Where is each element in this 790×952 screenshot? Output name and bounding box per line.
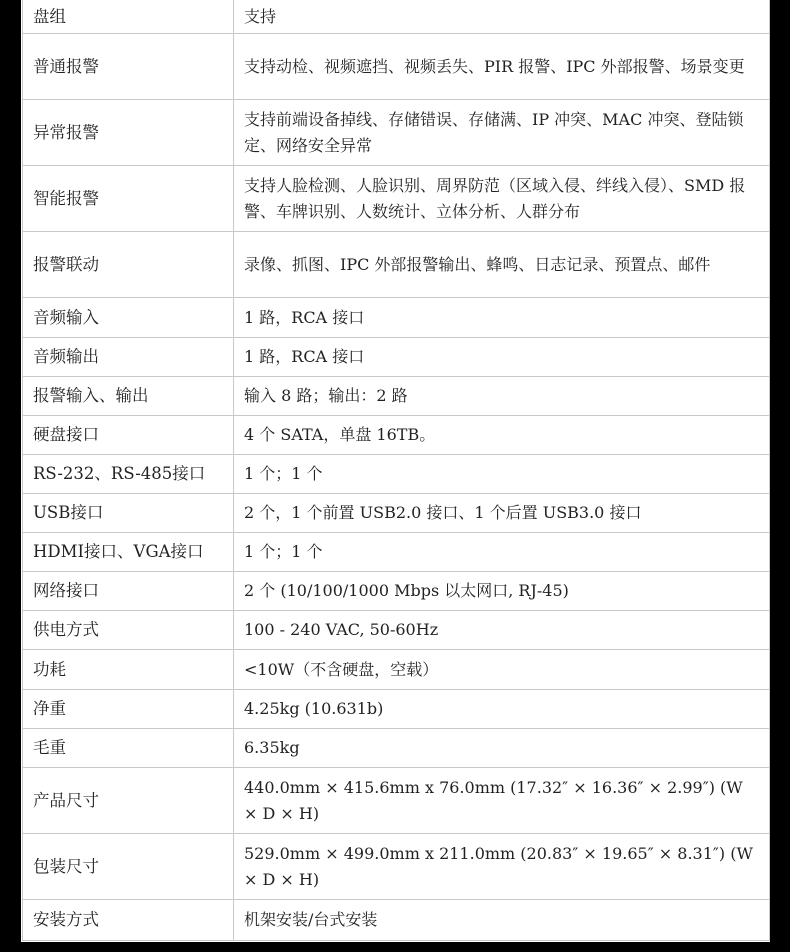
spec-key: USB接口 (23, 494, 234, 533)
spec-value: 1 路，RCA 接口 (234, 338, 770, 377)
spec-key: 产品尺寸 (23, 768, 234, 834)
spec-row: 盘组支持 (23, 0, 770, 34)
spec-key: 普通报警 (23, 34, 234, 100)
spec-key: 供电方式 (23, 611, 234, 650)
spec-key: 硬盘接口 (23, 416, 234, 455)
spec-row: RS-232、RS-485接口1 个；1 个 (23, 455, 770, 494)
spec-key: 安装方式 (23, 900, 234, 941)
spec-key: 音频输出 (23, 338, 234, 377)
spec-value: 机架安装/台式安装 (234, 900, 770, 941)
spec-row: 音频输入1 路，RCA 接口 (23, 298, 770, 338)
spec-row: USB接口2 个，1 个前置 USB2.0 接口、1 个后置 USB3.0 接口 (23, 494, 770, 533)
spec-key: 毛重 (23, 729, 234, 768)
spec-row: 产品尺寸440.0mm × 415.6mm x 76.0mm (17.32″ ×… (23, 768, 770, 834)
spec-key: 功耗 (23, 650, 234, 690)
spec-table: 盘组支持普通报警支持动检、视频遮挡、视频丢失、PIR 报警、IPC 外部报警、场… (22, 0, 770, 941)
spec-key: 智能报警 (23, 166, 234, 232)
spec-row: 供电方式100 - 240 VAC, 50-60Hz (23, 611, 770, 650)
spec-value: 4 个 SATA，单盘 16TB。 (234, 416, 770, 455)
spec-key: 报警输入、输出 (23, 377, 234, 416)
spec-value: 支持动检、视频遮挡、视频丢失、PIR 报警、IPC 外部报警、场景变更 (234, 34, 770, 100)
spec-value: 2 个 (10/100/1000 Mbps 以太网口, RJ-45) (234, 572, 770, 611)
spec-key: 网络接口 (23, 572, 234, 611)
spec-row: 网络接口2 个 (10/100/1000 Mbps 以太网口, RJ-45) (23, 572, 770, 611)
spec-table-body: 盘组支持普通报警支持动检、视频遮挡、视频丢失、PIR 报警、IPC 外部报警、场… (23, 0, 770, 941)
spec-row: 净重4.25kg (10.631b) (23, 690, 770, 729)
spec-value: 录像、抓图、IPC 外部报警输出、蜂鸣、日志记录、预置点、邮件 (234, 232, 770, 298)
spec-value: 1 个；1 个 (234, 533, 770, 572)
spec-row: 包装尺寸529.0mm × 499.0mm x 211.0mm (20.83″ … (23, 834, 770, 900)
spec-row: 功耗<10W（不含硬盘，空载） (23, 650, 770, 690)
spec-row: 硬盘接口4 个 SATA，单盘 16TB。 (23, 416, 770, 455)
spec-row: 普通报警支持动检、视频遮挡、视频丢失、PIR 报警、IPC 外部报警、场景变更 (23, 34, 770, 100)
spec-value: 529.0mm × 499.0mm x 211.0mm (20.83″ × 19… (234, 834, 770, 900)
spec-value: 1 路，RCA 接口 (234, 298, 770, 338)
spec-value: 440.0mm × 415.6mm x 76.0mm (17.32″ × 16.… (234, 768, 770, 834)
spec-value: 支持 (234, 0, 770, 34)
spec-value: 输入 8 路；输出：2 路 (234, 377, 770, 416)
spec-row: 智能报警支持人脸检测、人脸识别、周界防范（区域入侵、绊线入侵）、SMD 报警、车… (23, 166, 770, 232)
spec-row: 音频输出1 路，RCA 接口 (23, 338, 770, 377)
spec-value: 2 个，1 个前置 USB2.0 接口、1 个后置 USB3.0 接口 (234, 494, 770, 533)
spec-key: 异常报警 (23, 100, 234, 166)
spec-row: 毛重6.35kg (23, 729, 770, 768)
spec-value: 100 - 240 VAC, 50-60Hz (234, 611, 770, 650)
spec-value: 1 个；1 个 (234, 455, 770, 494)
spec-row: 报警输入、输出输入 8 路；输出：2 路 (23, 377, 770, 416)
spec-value: <10W（不含硬盘，空载） (234, 650, 770, 690)
spec-key: 音频输入 (23, 298, 234, 338)
spec-row: 安装方式机架安装/台式安装 (23, 900, 770, 941)
spec-row: 异常报警支持前端设备掉线、存储错误、存储满、IP 冲突、MAC 冲突、登陆锁定、… (23, 100, 770, 166)
spec-key: 报警联动 (23, 232, 234, 298)
spec-key: RS-232、RS-485接口 (23, 455, 234, 494)
spec-key: 净重 (23, 690, 234, 729)
spec-value: 支持人脸检测、人脸识别、周界防范（区域入侵、绊线入侵）、SMD 报警、车牌识别、… (234, 166, 770, 232)
spec-value: 6.35kg (234, 729, 770, 768)
spec-row: HDMI接口、VGA接口1 个；1 个 (23, 533, 770, 572)
spec-value: 支持前端设备掉线、存储错误、存储满、IP 冲突、MAC 冲突、登陆锁定、网络安全… (234, 100, 770, 166)
spec-row: 报警联动录像、抓图、IPC 外部报警输出、蜂鸣、日志记录、预置点、邮件 (23, 232, 770, 298)
spec-key: 包装尺寸 (23, 834, 234, 900)
spec-value: 4.25kg (10.631b) (234, 690, 770, 729)
spec-key: 盘组 (23, 0, 234, 34)
spec-key: HDMI接口、VGA接口 (23, 533, 234, 572)
